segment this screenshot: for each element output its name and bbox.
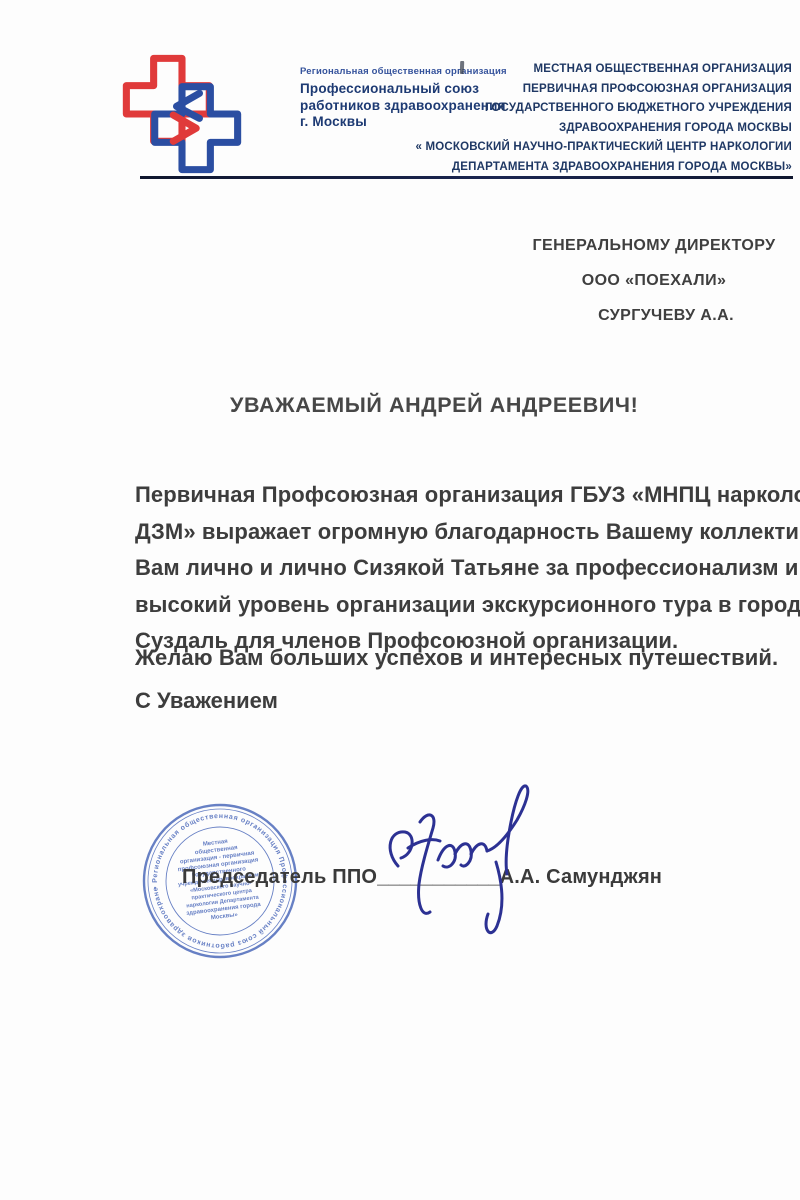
addressee-line: СУРГУЧЕВУ А.А.: [527, 298, 800, 333]
greeting-line: УВАЖАЕМЫЙ АНДРЕЙ АНДРЕЕВИЧ!: [230, 393, 638, 418]
handwritten-signature: [368, 778, 553, 950]
org-header-line: ДЕПАРТАМЕНТА ЗДРАВООХРАНЕНИЯ ГОРОДА МОСК…: [362, 158, 792, 178]
org-header-line: ЗДРАВООХРАНЕНИЯ ГОРОДА МОСКВЫ: [362, 119, 792, 139]
letter-page: Региональная общественная организация Пр…: [0, 0, 800, 1200]
body-line: Первичная Профсоюзная организация ГБУЗ «…: [135, 477, 795, 514]
addressee-block: ГЕНЕРАЛЬНОМУ ДИРЕКТОРУ ООО «ПОЕХАЛИ» СУР…: [515, 228, 793, 333]
signer-title: Председатель ППО: [182, 866, 377, 888]
header-divider: [140, 176, 793, 179]
addressee-line: ООО «ПОЕХАЛИ»: [515, 263, 793, 298]
body-line: Вам лично и лично Сизякой Татьяне за про…: [135, 550, 795, 587]
body-paragraph-2: Желаю Вам больших успехов и интересных п…: [135, 645, 778, 671]
addressee-line: ГЕНЕРАЛЬНОМУ ДИРЕКТОРУ: [515, 228, 793, 263]
closing-line: С Уважением: [135, 688, 278, 714]
union-logo-icon: [122, 54, 242, 174]
org-header-line: « МОСКОВСКИЙ НАУЧНО-ПРАКТИЧЕСКИЙ ЦЕНТР Н…: [362, 138, 792, 158]
body-paragraph-1: Первичная Профсоюзная организация ГБУЗ «…: [135, 477, 795, 660]
org-header-line: ПЕРВИЧНАЯ ПРОФСОЮЗНАЯ ОРГАНИЗАЦИЯ: [362, 80, 792, 100]
body-line: высокий уровень организации экскурсионно…: [135, 587, 795, 624]
org-header-line: ГОСУДАРСТВЕННОГО БЮДЖЕТНОГО УЧРЕЖДЕНИЯ: [362, 99, 792, 119]
org-header-line: МЕСТНАЯ ОБЩЕСТВЕННАЯ ОРГАНИЗАЦИЯ: [362, 60, 792, 80]
body-line: ДЗМ» выражает огромную благодарность Ваш…: [135, 514, 795, 551]
organization-header: МЕСТНАЯ ОБЩЕСТВЕННАЯ ОРГАНИЗАЦИЯ ПЕРВИЧН…: [362, 60, 792, 177]
